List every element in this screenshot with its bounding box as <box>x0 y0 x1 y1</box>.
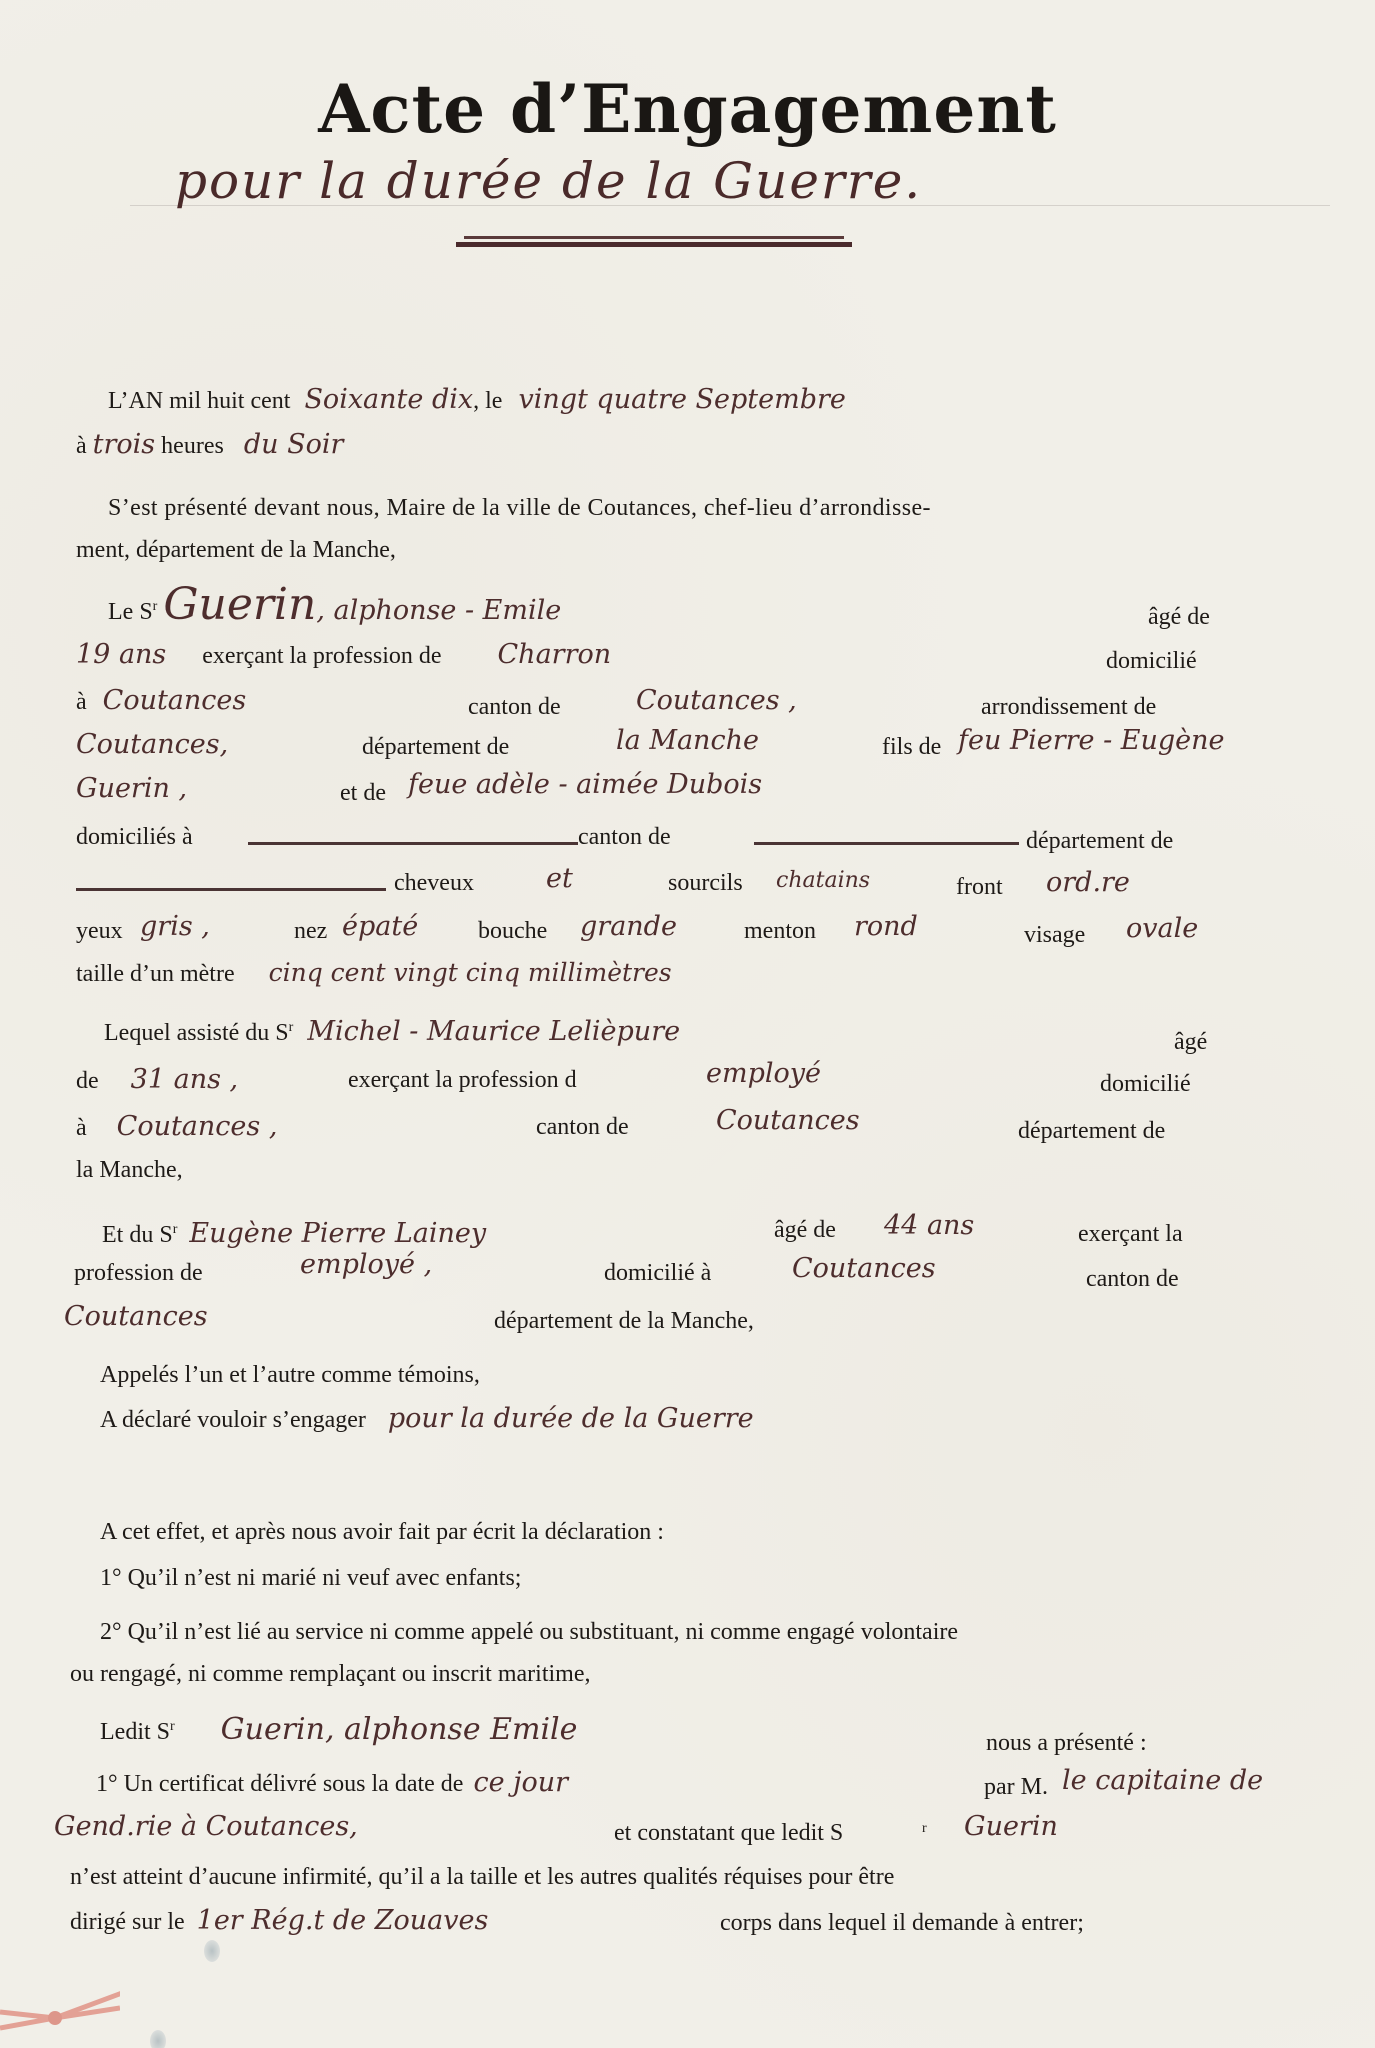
line-parents-mother: Guerin , et de feue adèle - aimée Dubois <box>76 774 1326 805</box>
blank-field-canton <box>754 842 1019 845</box>
superscript: r <box>922 1814 927 1844</box>
printed-text: Et du S <box>102 1222 173 1248</box>
handwritten-eyebrows: chatains <box>776 866 870 896</box>
printed-text: département de <box>362 732 509 762</box>
handwritten-nose: épaté <box>342 912 418 942</box>
printed-text: 2° Qu’il n’est lié au service ni comme a… <box>100 1619 958 1645</box>
handwritten-face: ovale <box>1126 914 1198 944</box>
handwritten-date: vingt quatre Septembre <box>518 384 845 415</box>
line-condition-2-cont: ou rengagé, ni comme remplaçant ou inscr… <box>70 1659 591 1689</box>
printed-text: et de <box>340 778 386 808</box>
handwritten-forehead: ord.re <box>1046 868 1130 898</box>
printed-text: Appelés l’un et l’autre comme témoins, <box>100 1362 480 1388</box>
handwritten-mouth: grande <box>580 912 677 942</box>
blank-field-domicile <box>248 842 578 845</box>
line-certificate-issuer: Gend.rie à Coutances, et constatant que … <box>54 1812 1304 1843</box>
printed-text: domicilié à <box>604 1258 711 1288</box>
handwritten-witness1-age: 31 ans , <box>131 1064 238 1095</box>
handwritten-witness1-commune: Coutances , <box>117 1111 278 1142</box>
handwritten-arrondissement: Coutances, <box>76 729 228 760</box>
title-double-underline <box>456 236 852 247</box>
handwritten-witness2-canton: Coutances <box>64 1301 208 1332</box>
printed-text: département de <box>1026 826 1173 856</box>
handwritten-age: 19 ans <box>76 639 166 670</box>
handwritten-father-name: feu Pierre - Eugène <box>958 726 1225 756</box>
line-face: yeux gris , nez épaté bouche grande ment… <box>76 916 1356 946</box>
handwritten-commune: Coutances <box>103 685 247 716</box>
line-regiment: dirigé sur le 1er Rég.t de Zouaves corps… <box>70 1906 1320 1937</box>
printed-text: heures <box>161 433 224 459</box>
printed-text: 1° Qu’il n’est ni marié ni veuf avec enf… <box>100 1565 521 1591</box>
line-recruit-name: Le Sr Guerin, alphonse - Emile âgé de <box>108 590 561 627</box>
printed-text: arrondissement de <box>981 692 1156 722</box>
printed-text: canton de <box>468 692 561 722</box>
handwritten-cert-date: ce jour <box>473 1767 568 1798</box>
line-height: taille d’un mètre cinq cent vingt cinq m… <box>76 958 672 989</box>
printed-text: A cet effet, et après nous avoir fait pa… <box>100 1519 664 1545</box>
printed-text: dirigé sur le <box>70 1909 185 1935</box>
superscript: r <box>153 599 158 614</box>
handwritten-height: cinq cent vingt cinq millimètres <box>269 958 672 987</box>
printed-text: la Manche, <box>76 1157 183 1183</box>
printed-text: Ledit S <box>100 1719 170 1745</box>
line-condition-2: 2° Qu’il n’est lié au service ni comme a… <box>100 1617 958 1647</box>
printed-text: visage <box>1024 920 1085 950</box>
printed-text: yeux <box>76 918 123 944</box>
printed-text: à <box>76 689 87 715</box>
printed-text: S’est présenté devant nous, Maire de la … <box>108 495 931 521</box>
printed-text: Lequel assisté du S <box>104 1020 289 1046</box>
printed-text: front <box>956 872 1003 902</box>
handwritten-issuer: le capitaine de <box>1062 1766 1263 1796</box>
printed-text: L’AN mil huit cent <box>108 388 290 414</box>
line-witness1-name: Lequel assisté du Sr Michel - Maurice Le… <box>104 1013 1354 1048</box>
line-certificate: 1° Un certificat délivré sous la date de… <box>96 1768 1366 1799</box>
handwritten-witness2-profession: employé , <box>300 1250 432 1280</box>
document-subtitle: pour la durée de la Guerre. <box>175 152 922 210</box>
printed-text: canton de <box>1086 1264 1179 1294</box>
line-department: ment, département de la Manche, <box>76 535 396 565</box>
printed-text: nous a présenté : <box>986 1728 1147 1758</box>
printed-text: par M. <box>984 1772 1048 1802</box>
line-effect: A cet effet, et après nous avoir fait pa… <box>100 1517 664 1547</box>
line-year: L’AN mil huit cent Soixante dix, le ving… <box>108 385 846 416</box>
handwritten-regiment: 1er Rég.t de Zouaves <box>197 1905 489 1936</box>
document-title: Acte d’Engagement <box>0 70 1375 148</box>
line-witnesses: Appelés l’un et l’autre comme témoins, <box>100 1360 480 1390</box>
printed-text: cheveux <box>394 868 474 898</box>
superscript: r <box>289 1020 294 1035</box>
printed-text: nez <box>294 916 327 946</box>
printed-text: menton <box>744 916 816 946</box>
printed-text: domiciliés à <box>76 824 193 850</box>
handwritten-department: la Manche <box>616 726 759 756</box>
printed-text: ment, département de la Manche, <box>76 537 396 563</box>
line-parents-father: Coutances, département de la Manche fils… <box>76 730 1326 761</box>
printed-text: ou rengagé, ni comme remplaçant ou inscr… <box>70 1661 591 1687</box>
line-fitness: n’est atteint d’aucune infirmité, qu’il … <box>70 1862 894 1892</box>
printed-text: domicilié <box>1106 646 1197 676</box>
printed-text: et constatant que ledit S <box>614 1818 843 1848</box>
printed-text: n’est atteint d’aucune infirmité, qu’il … <box>70 1864 894 1890</box>
blank-field-department <box>76 888 386 891</box>
handwritten-father-surname: Guerin , <box>76 773 187 804</box>
line-witness2-name: Et du Sr Eugène Pierre Lainey âgé de 44 … <box>102 1215 1352 1250</box>
handwritten-canton: Coutances , <box>636 686 797 716</box>
line-witness1-residence: à Coutances , canton de Coutances départ… <box>76 1112 1326 1143</box>
handwritten-recruit-name: Guerin, alphonse Emile <box>221 1712 578 1747</box>
handwritten-witness2-age: 44 ans <box>884 1211 974 1241</box>
handwritten-witness1-profession: employé <box>706 1059 821 1089</box>
line-recruit-presented: Ledit Sr Guerin, alphonse Emile nous a p… <box>100 1712 1350 1747</box>
handwritten-witness2-commune: Coutances <box>792 1254 936 1284</box>
printed-text: exerçant la <box>1078 1219 1183 1249</box>
printed-text: département de <box>1018 1116 1165 1146</box>
printed-text: , le <box>473 388 502 414</box>
printed-text: taille d’un mètre <box>76 961 235 987</box>
binding-ribbon-icon <box>0 1978 120 2038</box>
printed-text: fils de <box>882 732 941 762</box>
printed-text: âgé <box>1174 1027 1207 1057</box>
printed-text: à <box>76 1115 87 1141</box>
line-witness1-age: de 31 ans , exerçant la profession d emp… <box>76 1065 1326 1096</box>
printed-text: de <box>76 1068 99 1094</box>
line-parents-domicile: domiciliés à canton de département de <box>76 822 1326 852</box>
line-hour: à trois heures du Soir <box>76 430 343 461</box>
handwritten-time-of-day: du Soir <box>244 429 344 460</box>
handwritten-issuer-location: Gend.rie à Coutances, <box>54 1811 358 1842</box>
printed-text: département de la Manche, <box>494 1306 754 1336</box>
printed-text: à <box>76 433 87 459</box>
printed-text: profession de <box>74 1260 203 1286</box>
printed-text: Le S <box>108 599 153 625</box>
handwritten-surname: Guerin <box>163 579 316 630</box>
line-condition-1: 1° Qu’il n’est ni marié ni veuf avec enf… <box>100 1563 521 1593</box>
handwritten-witness1-canton: Coutances <box>716 1106 860 1136</box>
handwritten-given-names: , alphonse - Emile <box>316 595 561 626</box>
printed-text: sourcils <box>668 868 743 898</box>
superscript: r <box>173 1222 178 1237</box>
printed-text: bouche <box>478 916 547 946</box>
handwritten-witness2-name: Eugène Pierre Lainey <box>189 1218 486 1249</box>
printed-text: canton de <box>578 822 671 852</box>
printed-text: corps dans lequel il demande à entrer; <box>720 1908 1084 1938</box>
binding-hole <box>150 2030 166 2048</box>
line-witness1-department: la Manche, <box>76 1155 183 1185</box>
line-presented: S’est présenté devant nous, Maire de la … <box>108 493 931 523</box>
superscript: r <box>170 1719 175 1734</box>
line-age-profession: 19 ans exerçant la profession de Charron… <box>76 640 1226 671</box>
binding-hole <box>204 1940 220 1962</box>
printed-text: exerçant la profession de <box>202 643 441 669</box>
printed-text: 1° Un certificat délivré sous la date de <box>96 1771 463 1797</box>
line-declaration: A déclaré vouloir s’engager pour la duré… <box>100 1404 754 1435</box>
printed-text: âgé de <box>1148 602 1210 632</box>
handwritten-recruit-surname: Guerin <box>964 1812 1058 1842</box>
line-residence: à Coutances canton de Coutances , arrond… <box>76 686 1226 717</box>
line-witness2-profession: profession de employé , domicilié à Cout… <box>74 1258 1324 1288</box>
printed-text: canton de <box>536 1112 629 1142</box>
handwritten-duration: pour la durée de la Guerre <box>388 1403 754 1434</box>
handwritten-chin: rond <box>854 912 918 942</box>
handwritten-eyes: gris , <box>140 912 210 942</box>
printed-text: A déclaré vouloir s’engager <box>100 1407 366 1433</box>
line-witness2-canton: Coutances département de la Manche, <box>64 1302 1314 1333</box>
handwritten-hair: et <box>546 864 573 894</box>
printed-text: domicilié <box>1100 1069 1191 1099</box>
handwritten-year: Soixante dix <box>304 384 473 415</box>
handwritten-profession: Charron <box>498 639 612 670</box>
handwritten-hour: trois <box>93 429 156 460</box>
printed-text: âgé de <box>774 1215 836 1245</box>
handwritten-mother-name: feue adèle - aimée Dubois <box>408 770 762 800</box>
printed-text: exerçant la profession d <box>348 1065 577 1095</box>
handwritten-witness1-name: Michel - Maurice Lelièpure <box>307 1016 680 1047</box>
